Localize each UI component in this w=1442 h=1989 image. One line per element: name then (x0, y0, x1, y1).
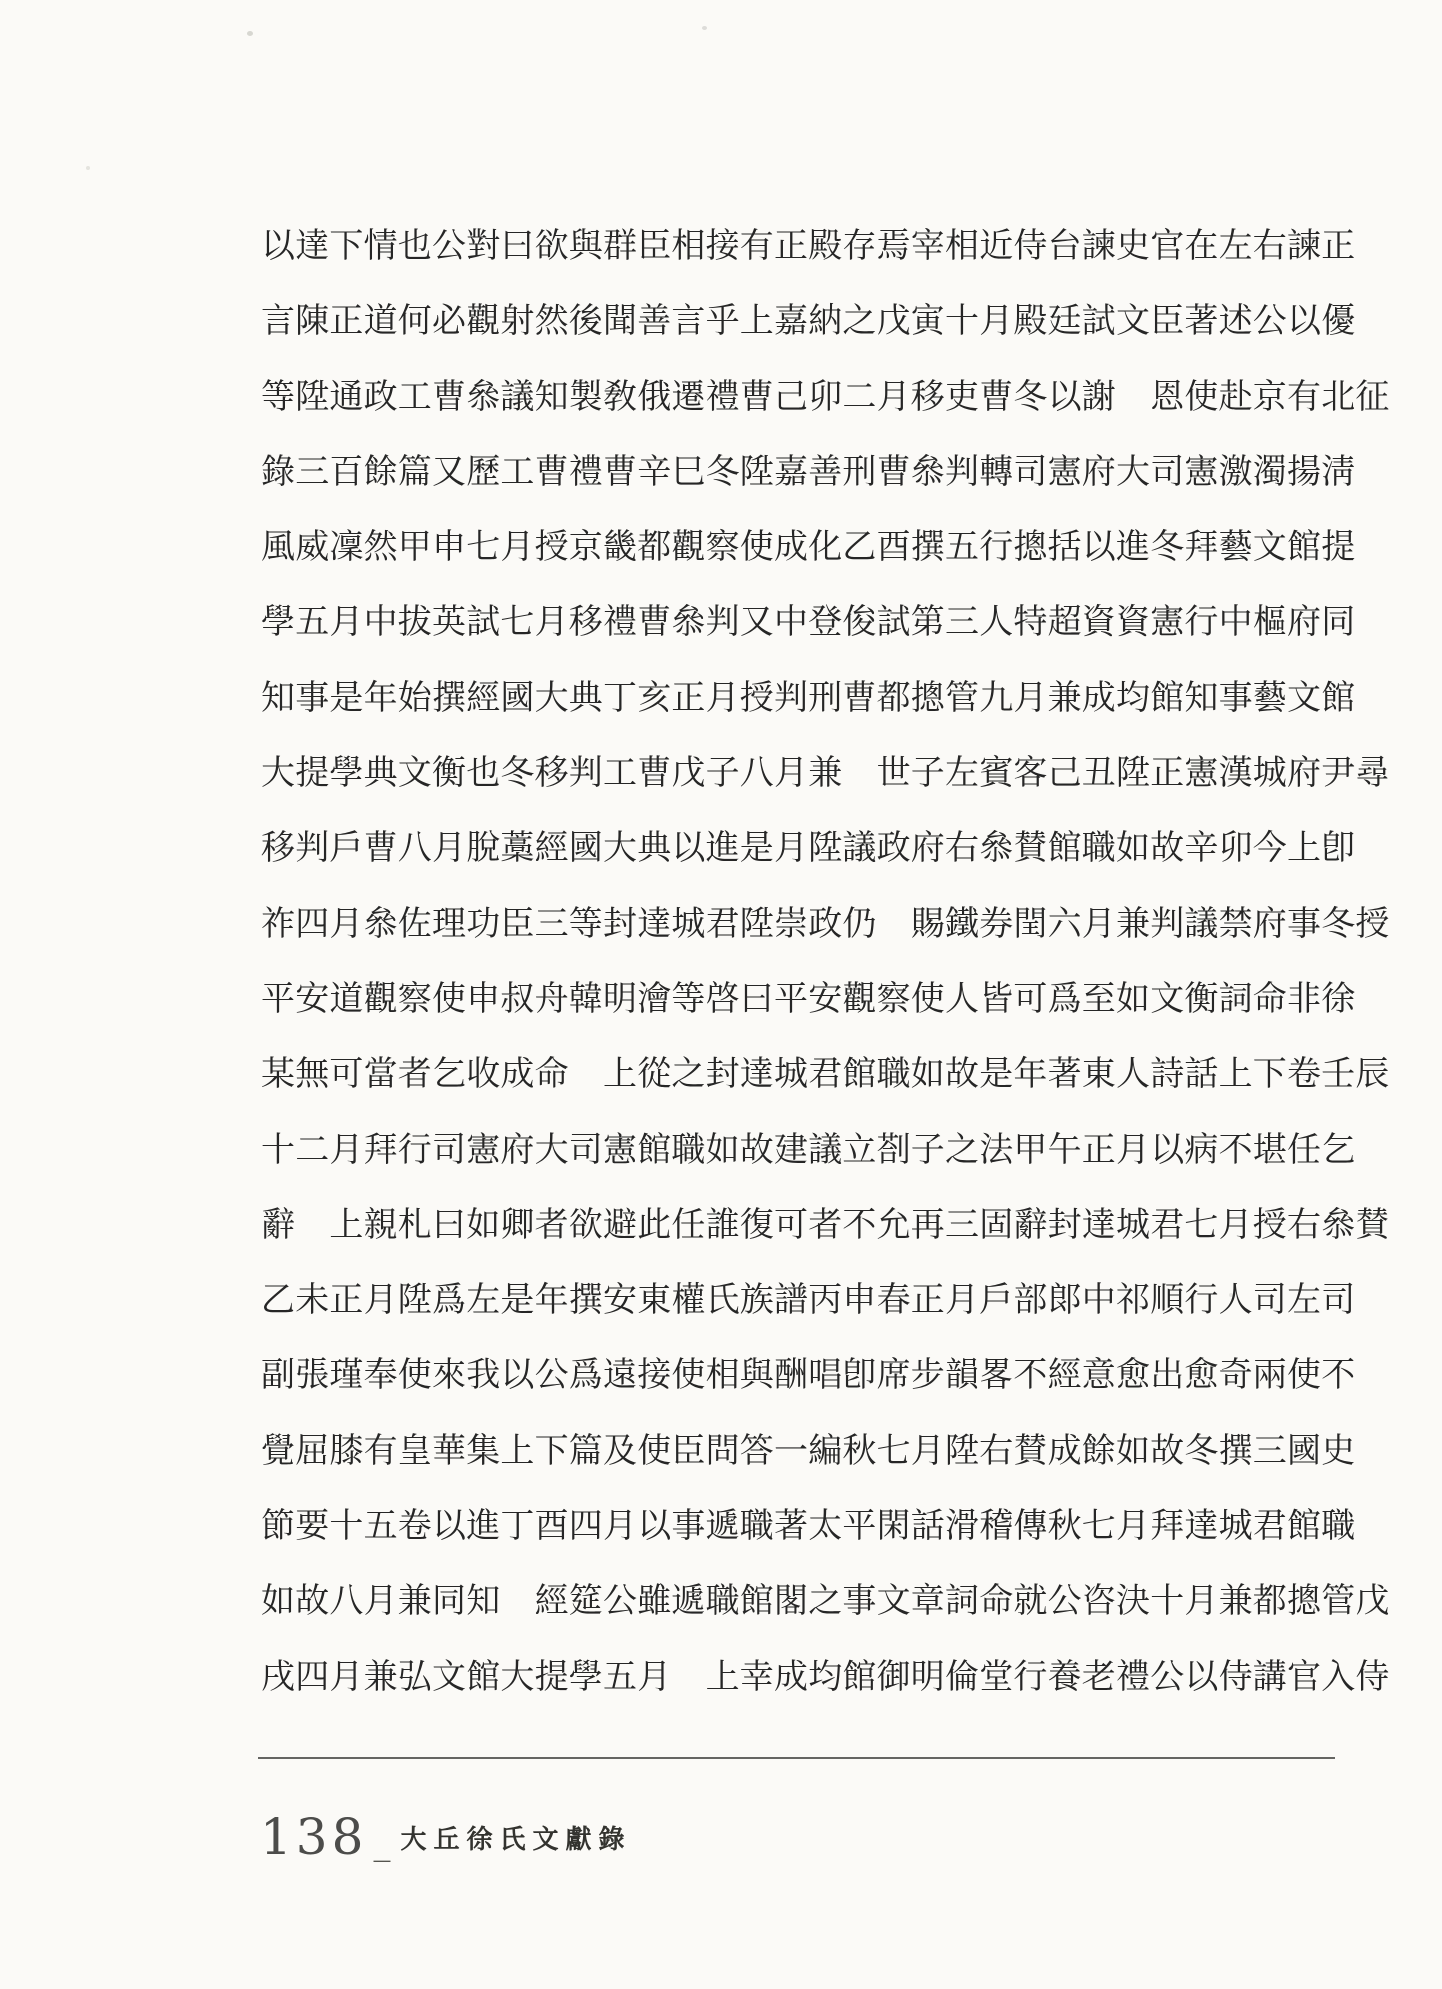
scan-speck (86, 166, 90, 170)
text-line: 戌四月兼弘文館大提學五月 上幸成均館御明倫堂行養老禮公以侍講官入侍 (261, 1640, 1359, 1715)
scan-speck (702, 26, 707, 30)
text-line: 覺屈膝有皇華集上下篇及使臣問答一編秋七月陞右賛成餘如故冬撰三國史 (261, 1414, 1359, 1489)
body-text: 以達下情也公對曰欲與群臣相接有正殿存焉宰相近侍台諫史官在左右諫正 言陳正道何必觀… (261, 209, 1359, 1715)
text-line: 學五月中拔英試七月移禮曹叅判又中登俊試第三人特超資資憲行中樞府同 (261, 585, 1359, 660)
text-line: 乙未正月陞爲左是年撰安東權氏族譜丙申春正月戶部郞中祁順行人司左司 (261, 1263, 1359, 1338)
text-line: 某無可當者乞收成命 上從之封達城君館職如故是年著東人詩話上下卷壬辰 (261, 1037, 1359, 1112)
text-line: 知事是年始撰經國大典丁亥正月授判刑曹都摠管九月兼成均館知事藝文館 (261, 661, 1359, 736)
page-footer: 138 _ 大丘徐氏文獻錄 (260, 1808, 631, 1866)
scan-speck (247, 31, 253, 36)
footer-rule (258, 1757, 1335, 1759)
text-line: 平安道觀察使申叔舟韓明澮等啓曰平安觀察使人皆可爲至如文衡詞命非徐 (261, 962, 1359, 1037)
document-page: 以達下情也公對曰欲與群臣相接有正殿存焉宰相近侍台諫史官在左右諫正 言陳正道何必觀… (0, 0, 1442, 1989)
text-line: 辭 上親札曰如卿者欲避此任誰復可者不允再三固辭封達城君七月授右叅賛 (261, 1188, 1359, 1263)
text-line: 十二月拜行司憲府大司憲館職如故建議立剳子之法甲午正月以病不堪任乞 (261, 1113, 1359, 1188)
text-line: 言陳正道何必觀射然後聞善言乎上嘉納之戊寅十月殿廷試文臣著述公以優 (261, 284, 1359, 359)
footer-separator: _ (373, 1823, 390, 1863)
text-line: 等陞通政工曹叅議知製敎俄遷禮曹己卯二月移吏曹冬以謝 恩使赴京有北征 (261, 360, 1359, 435)
page-number: 138 (260, 1808, 367, 1866)
text-line: 大提學典文衡也冬移判工曹戊子八月兼 世子左賓客己丑陞正憲漢城府尹尋 (261, 736, 1359, 811)
book-title: 大丘徐氏文獻錄 (400, 1819, 631, 1856)
text-line: 如故八月兼同知 經筵公雖遞職館閣之事文章詞命就公咨決十月兼都摠管戊 (261, 1564, 1359, 1639)
text-line: 祚四月叅佐理功臣三等封達城君陞崇政仍 賜鐵券閏六月兼判議禁府事冬授 (261, 887, 1359, 962)
text-line: 錄三百餘篇又歷工曹禮曹辛巳冬陞嘉善刑曹叅判轉司憲府大司憲激濁揚淸 (261, 435, 1359, 510)
text-line: 以達下情也公對曰欲與群臣相接有正殿存焉宰相近侍台諫史官在左右諫正 (261, 209, 1359, 284)
text-line: 節要十五卷以進丁酉四月以事遞職著太平閑話滑稽傳秋七月拜達城君館職 (261, 1489, 1359, 1564)
text-line: 副張瑾奉使來我以公爲遠接使相與酬唱卽席步韻畧不經意愈出愈奇兩使不 (261, 1338, 1359, 1413)
text-line: 風威凜然甲申七月授京畿都觀察使成化乙酉撰五行摠括以進冬拜藝文館提 (261, 510, 1359, 585)
text-line: 移判戶曹八月脫藁經國大典以進是月陞議政府右叅賛館職如故辛卯今上卽 (261, 811, 1359, 886)
